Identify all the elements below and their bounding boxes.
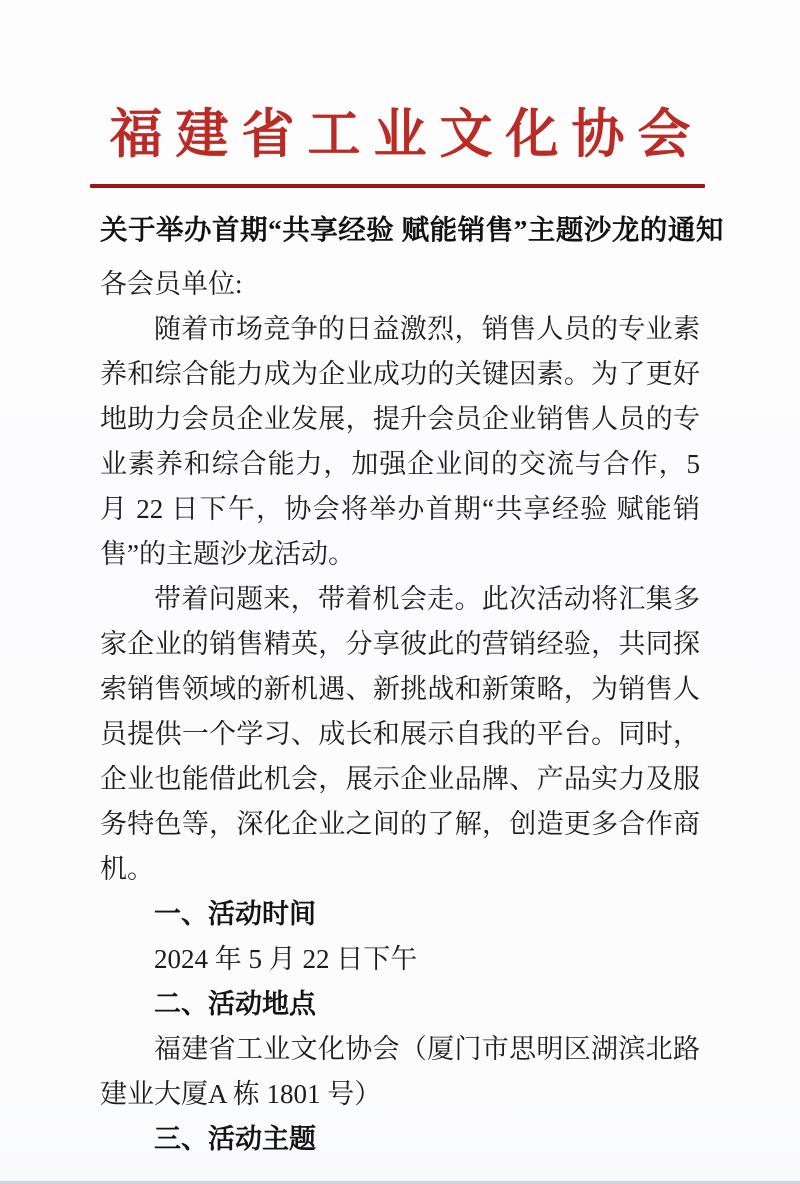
- notice-title: 关于举办首期“共享经验 赋能销售”主题沙龙的通知: [100, 210, 700, 250]
- notice-paragraphs: 随着市场竞争的日益激烈，销售人员的专业素养和综合能力成为企业成功的关键因素。为了…: [100, 307, 700, 892]
- section-activity-time: 一、活动时间 2024 年 5 月 22 日下午: [100, 892, 700, 982]
- notice-document-page: 福建省工业文化协会 关于举办首期“共享经验 赋能销售”主题沙龙的通知 各会员单位…: [0, 0, 800, 1184]
- section-heading-time: 一、活动时间: [100, 892, 700, 937]
- section-activity-theme: 三、活动主题: [100, 1117, 700, 1162]
- body-paragraph-2: 带着问题来，带着机会走。此次活动将汇集多家企业的销售精英，分享彼此的营销经验，共…: [100, 577, 700, 892]
- notice-body: 关于举办首期“共享经验 赋能销售”主题沙龙的通知 各会员单位: 随着市场竞争的日…: [0, 210, 800, 1162]
- section-heading-location: 二、活动地点: [100, 982, 700, 1027]
- section-activity-location: 二、活动地点 福建省工业文化协会（厦门市思明区湖滨北路建业大厦A 栋 1801 …: [100, 982, 700, 1117]
- section-heading-theme: 三、活动主题: [100, 1117, 700, 1162]
- body-paragraph-1: 随着市场竞争的日益激烈，销售人员的专业素养和综合能力成为企业成功的关键因素。为了…: [100, 307, 700, 577]
- letterhead-org-name-text: 福建省工业文化协会: [110, 106, 704, 164]
- letterhead-org-name: 福建省工业文化协会: [0, 0, 800, 164]
- letterhead-divider-rule: [90, 184, 705, 188]
- section-value-location: 福建省工业文化协会（厦门市思明区湖滨北路建业大厦A 栋 1801 号）: [100, 1027, 700, 1117]
- salutation: 各会员单位:: [100, 262, 700, 307]
- section-value-time: 2024 年 5 月 22 日下午: [100, 937, 700, 982]
